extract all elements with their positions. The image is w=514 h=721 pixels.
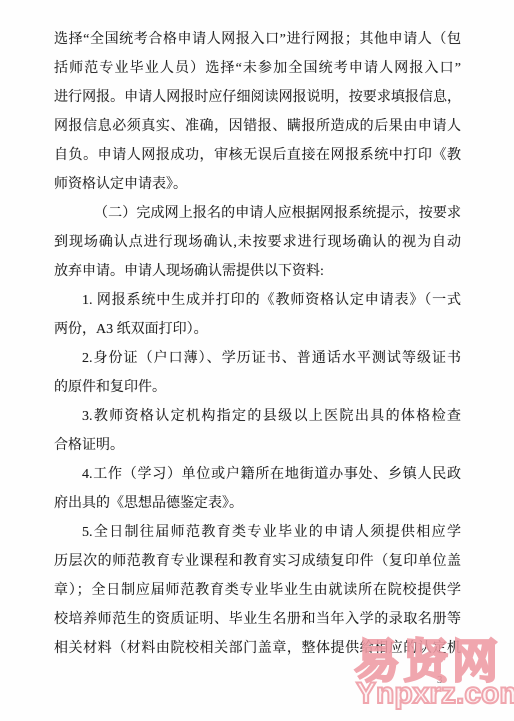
text-line: 府出具的《思想品德鉴定表》。 [54, 489, 461, 518]
text-line: 4.工作（学习）单位或户籍所在地街道办事处、乡镇人民政 [54, 460, 461, 489]
page-number: 3 [437, 674, 443, 686]
text-line: 合格证明。 [54, 431, 461, 460]
text-line: 到现场确认点进行现场确认,未按要求进行现场确认的视为自动 [54, 228, 461, 257]
text-line: 师资格认定申请表》。 [54, 170, 461, 199]
text-line: 章）；全日制应届师范教育类专业毕业生由就读所在院校提供学 [54, 576, 461, 605]
text-line: 3.教师资格认定机构指定的县级以上医院出具的体格检查 [54, 402, 461, 431]
text-line: 的原件和复印件。 [54, 373, 461, 402]
text-line: 校培养师范生的资质证明、毕业生名册和当年入学的录取名册等 [54, 605, 461, 634]
text-line: 选择“全国统考合格申请人网报入口”进行网报；其他申请人（包 [54, 25, 461, 54]
text-line: 2.身份证（户口薄）、学历证书、普通话水平测试等级证书 [54, 344, 461, 373]
text-line: 放弃申请。申请人现场确认需提供以下资料: [54, 257, 461, 286]
text-line: 网报信息必须真实、准确，因错报、瞒报所造成的后果由申请人 [54, 112, 461, 141]
watermark-site-url: Ynpxrz.com [356, 679, 514, 709]
text-line: （二）完成网上报名的申请人应根据网报系统提示，按要求 [54, 199, 461, 228]
text-line: 两份，A3 纸双面打印）。 [54, 315, 461, 344]
document-page: 选择“全国统考合格申请人网报入口”进行网报；其他申请人（包 括师范专业毕业人员）… [0, 0, 514, 721]
document-body: 选择“全国统考合格申请人网报入口”进行网报；其他申请人（包 括师范专业毕业人员）… [54, 25, 461, 663]
text-line: 历层次的师范教育专业课程和教育实习成绩复印件（复印单位盖 [54, 547, 461, 576]
text-line: 括师范专业毕业人员）选择“未参加全国统考申请人网报入口” [54, 54, 461, 83]
text-line: 1. 网报系统中生成并打印的《教师资格认定申请表》（一式 [54, 286, 461, 315]
text-line: 进行网报。申请人网报时应仔细阅读网报说明，按要求填报信息， [54, 83, 461, 112]
text-line: 自负。申请人网报成功，审核无误后直接在网报系统中打印《教 [54, 141, 461, 170]
text-line: 相关材料（材料由院校相关部门盖章，整体提供给相应的认定机 [54, 634, 461, 663]
text-line: 5.全日制往届师范教育类专业毕业的申请人须提供相应学 [54, 518, 461, 547]
